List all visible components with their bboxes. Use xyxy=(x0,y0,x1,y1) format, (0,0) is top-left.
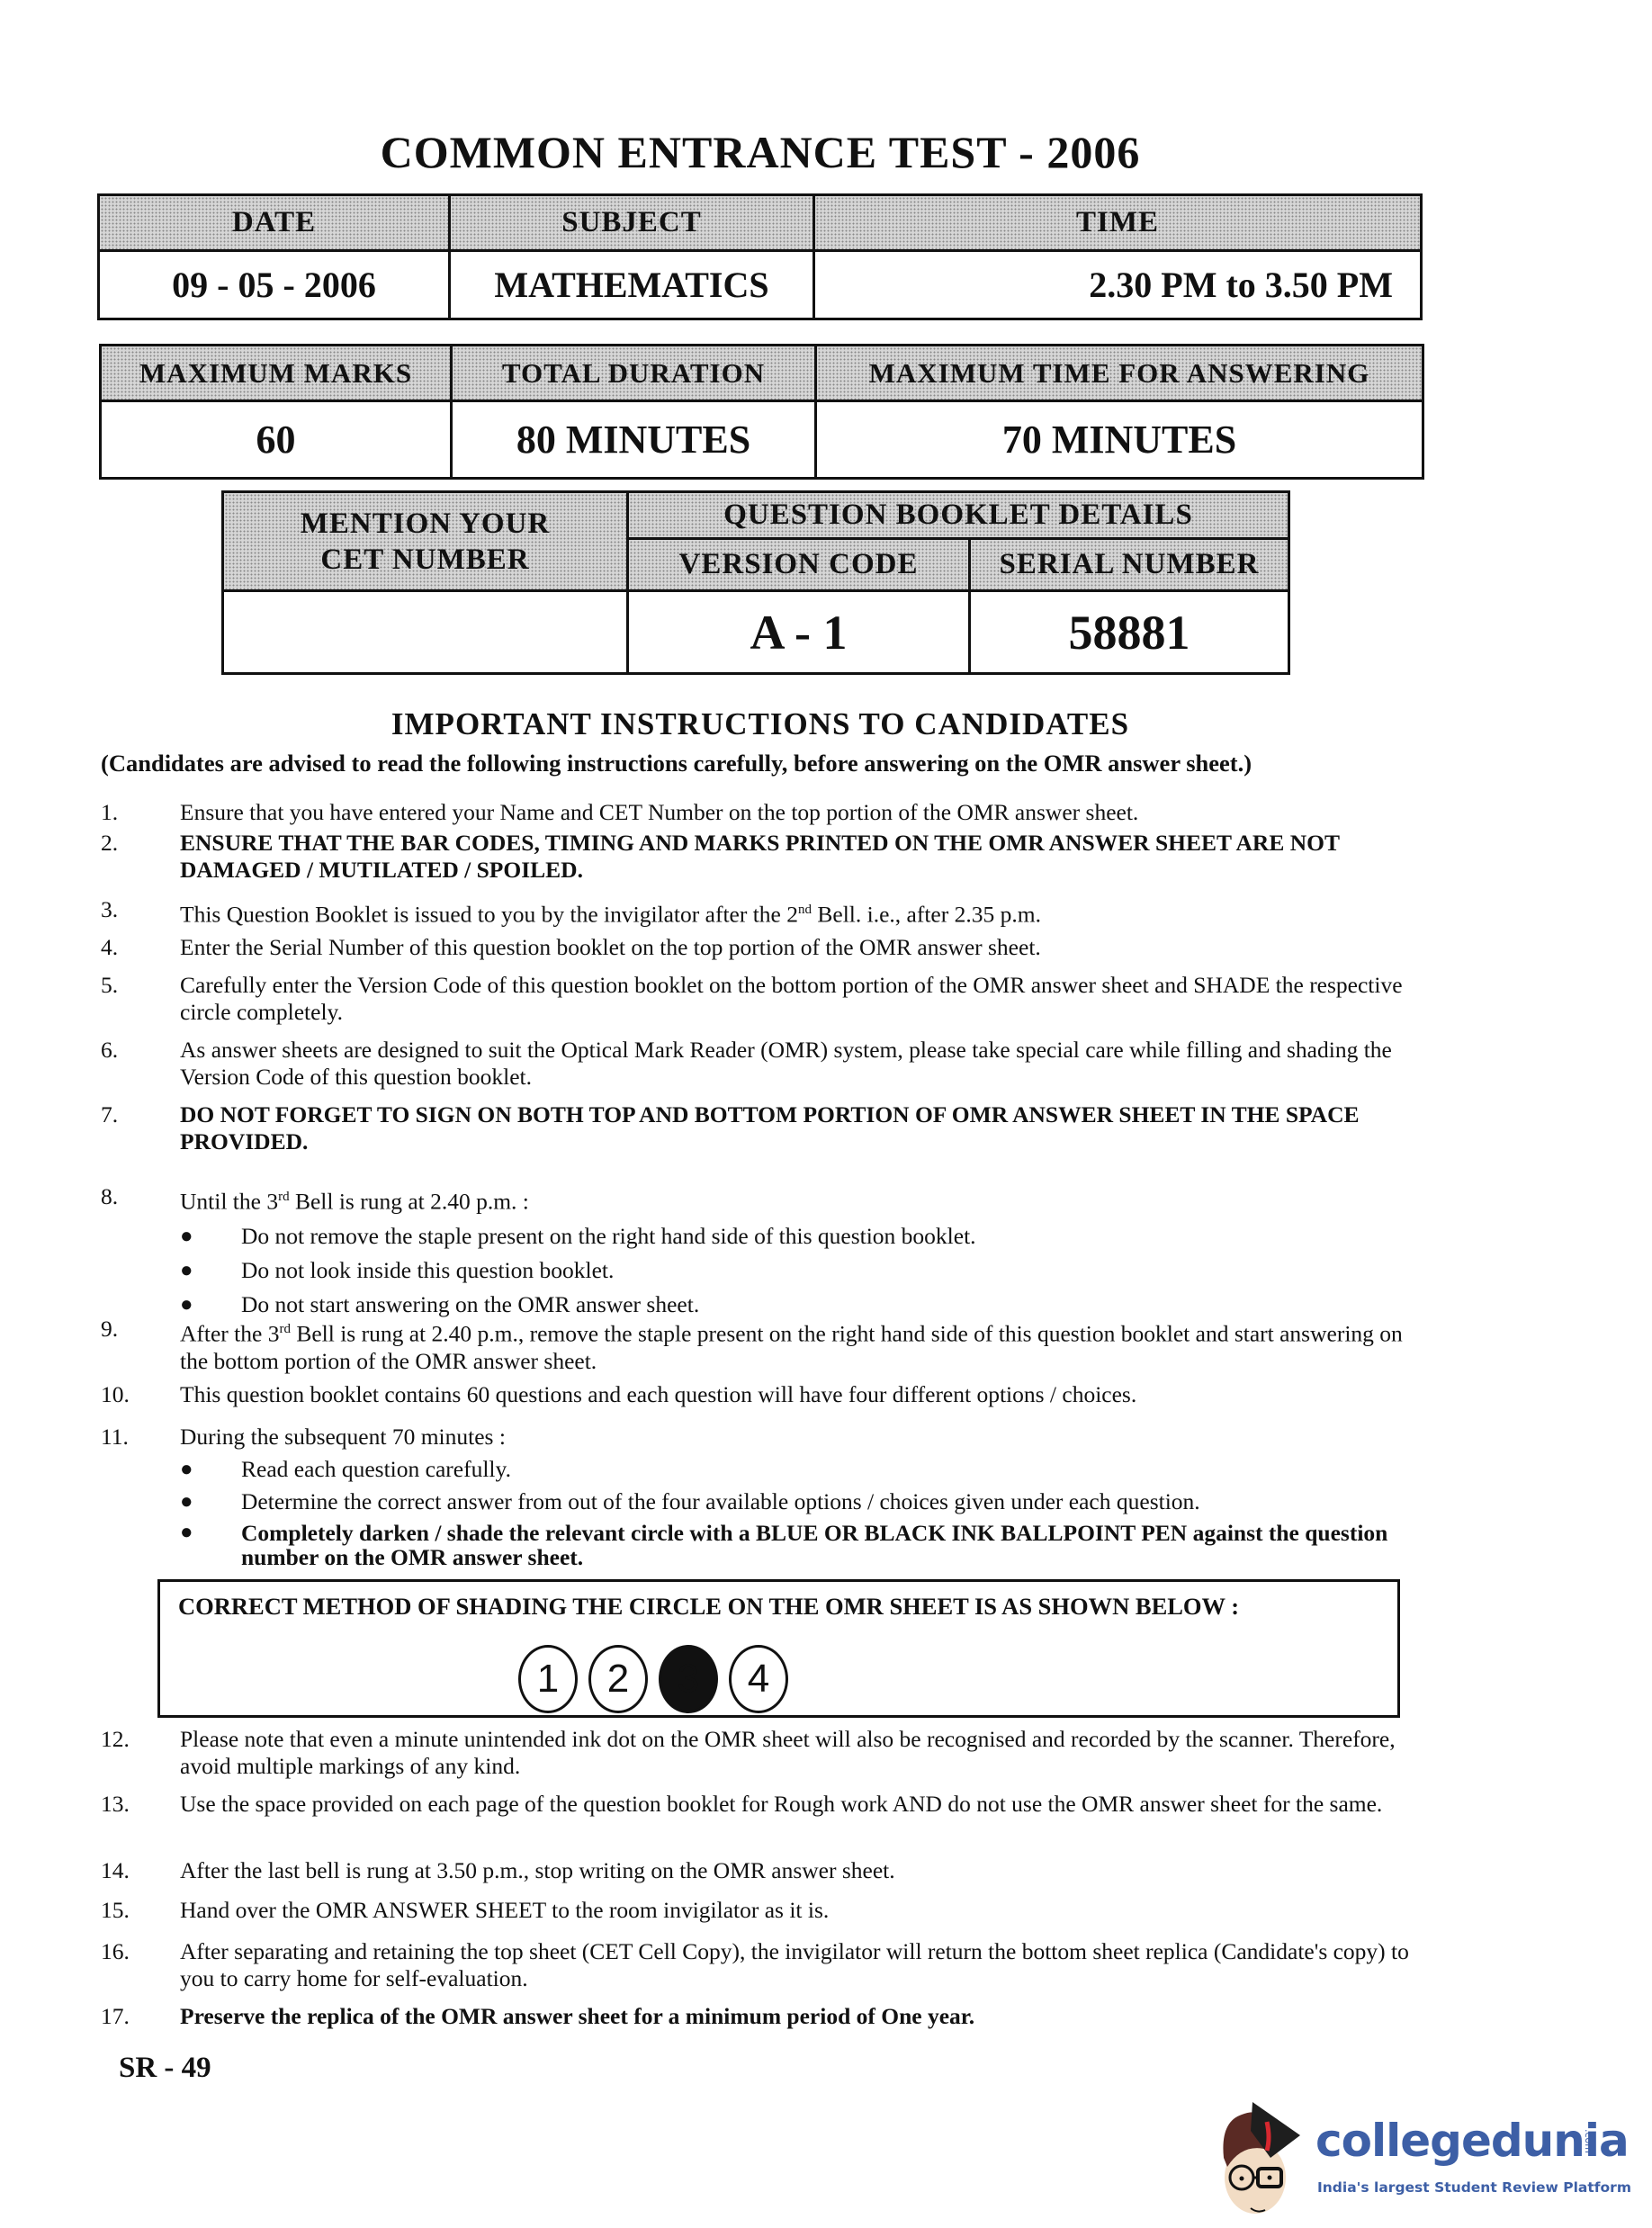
serial-number-value: 58881 xyxy=(970,591,1289,674)
version-code-value: A - 1 xyxy=(628,591,970,674)
instruction-item: 7. DO NOT FORGET TO SIGN ON BOTH TOP AND… xyxy=(101,1101,1432,1155)
subject-header: SUBJECT xyxy=(450,195,814,251)
omr-shading-example: CORRECT METHOD OF SHADING THE CIRCLE ON … xyxy=(157,1579,1400,1718)
cet-number-input[interactable] xyxy=(223,591,628,674)
instruction-item: 6. As answer sheets are designed to suit… xyxy=(101,1037,1432,1091)
total-duration-value: 80 MINUTES xyxy=(452,401,816,479)
instruction-item: 13. Use the space provided on each page … xyxy=(101,1791,1432,1818)
bullet-item: ●Read each question carefully. xyxy=(180,1456,1432,1483)
omr-circle-3-filled: 3 xyxy=(659,1645,718,1713)
time-header: TIME xyxy=(814,195,1422,251)
omr-circle-1: 1 xyxy=(518,1645,578,1713)
instructions-title: IMPORTANT INSTRUCTIONS TO CANDIDATES xyxy=(0,706,1521,742)
instruction-item: 12. Please note that even a minute unint… xyxy=(101,1726,1432,1780)
max-marks-value: 60 xyxy=(101,401,452,479)
bullet-item: ●Completely darken / shade the relevant … xyxy=(180,1521,1432,1569)
max-answer-time-header: MAXIMUM TIME FOR ANSWERING xyxy=(816,346,1423,401)
bullet-item: ●Do not start answering on the OMR answe… xyxy=(180,1291,1432,1318)
date-header: DATE xyxy=(99,195,450,251)
logo-domain: .com xyxy=(1583,2129,1594,2153)
exam-subject: MATHEMATICS xyxy=(450,251,814,319)
document-title: COMMON ENTRANCE TEST - 2006 xyxy=(0,126,1521,178)
omr-circle-2: 2 xyxy=(588,1645,648,1713)
bullet-item: ●Do not remove the staple present on the… xyxy=(180,1223,1432,1250)
bullet-item: ●Do not look inside this question bookle… xyxy=(180,1257,1432,1284)
logo-tagline: India's largest Student Review Platform xyxy=(1317,2179,1631,2196)
instruction-item: 8. Until the 3rd Bell is rung at 2.40 p.… xyxy=(101,1183,1432,1318)
instruction-item: 3. This Question Booklet is issued to yo… xyxy=(101,896,1432,929)
cet-number-label: MENTION YOUR CET NUMBER xyxy=(223,492,628,591)
instruction-item: 15. Hand over the OMR ANSWER SHEET to th… xyxy=(101,1897,1432,1924)
omr-example-title: CORRECT METHOD OF SHADING THE CIRCLE ON … xyxy=(178,1593,1239,1621)
instruction-item: 11. During the subsequent 70 minutes : ●… xyxy=(101,1424,1432,1569)
total-duration-header: TOTAL DURATION xyxy=(452,346,816,401)
exam-date: 09 - 05 - 2006 xyxy=(99,251,450,319)
booklet-details-table: MENTION YOUR CET NUMBER QUESTION BOOKLET… xyxy=(221,490,1290,675)
bullet-item: ●Determine the correct answer from out o… xyxy=(180,1488,1432,1515)
page-code: SR - 49 xyxy=(119,2052,211,2085)
mascot-icon xyxy=(1215,2095,1314,2221)
max-marks-header: MAXIMUM MARKS xyxy=(101,346,452,401)
instruction-item: 4. Enter the Serial Number of this quest… xyxy=(101,934,1432,961)
version-code-label: VERSION CODE xyxy=(628,539,970,591)
omr-circles: 1 2 3 4 xyxy=(518,1645,788,1713)
instructions-advice: (Candidates are advised to read the foll… xyxy=(101,750,1252,777)
instruction-item: 17. Preserve the replica of the OMR answ… xyxy=(101,2003,1432,2030)
collegedunia-logo: collegedunia .com India's largest Studen… xyxy=(1215,2095,1629,2221)
exam-time: 2.30 PM to 3.50 PM xyxy=(814,251,1422,319)
marks-table: MAXIMUM MARKS TOTAL DURATION MAXIMUM TIM… xyxy=(99,344,1424,480)
instruction-item: 5. Carefully enter the Version Code of t… xyxy=(101,972,1432,1026)
max-answer-time-value: 70 MINUTES xyxy=(816,401,1423,479)
exam-info-table: DATE SUBJECT TIME 09 - 05 - 2006 MATHEMA… xyxy=(97,193,1423,320)
instruction-item: 1. Ensure that you have entered your Nam… xyxy=(101,799,1432,826)
serial-number-label: SERIAL NUMBER xyxy=(970,539,1289,591)
booklet-details-header: QUESTION BOOKLET DETAILS xyxy=(628,492,1289,539)
instruction-item: 2. ENSURE THAT THE BAR CODES, TIMING AND… xyxy=(101,830,1432,884)
instruction-item: 10. This question booklet contains 60 qu… xyxy=(101,1381,1432,1408)
logo-wordmark: collegedunia xyxy=(1315,2115,1629,2167)
instruction-item: 16. After separating and retaining the t… xyxy=(101,1938,1432,1992)
instruction-item: 9. After the 3rd Bell is rung at 2.40 p.… xyxy=(101,1316,1432,1375)
omr-circle-4: 4 xyxy=(729,1645,788,1713)
instruction-item: 14. After the last bell is rung at 3.50 … xyxy=(101,1857,1432,1884)
